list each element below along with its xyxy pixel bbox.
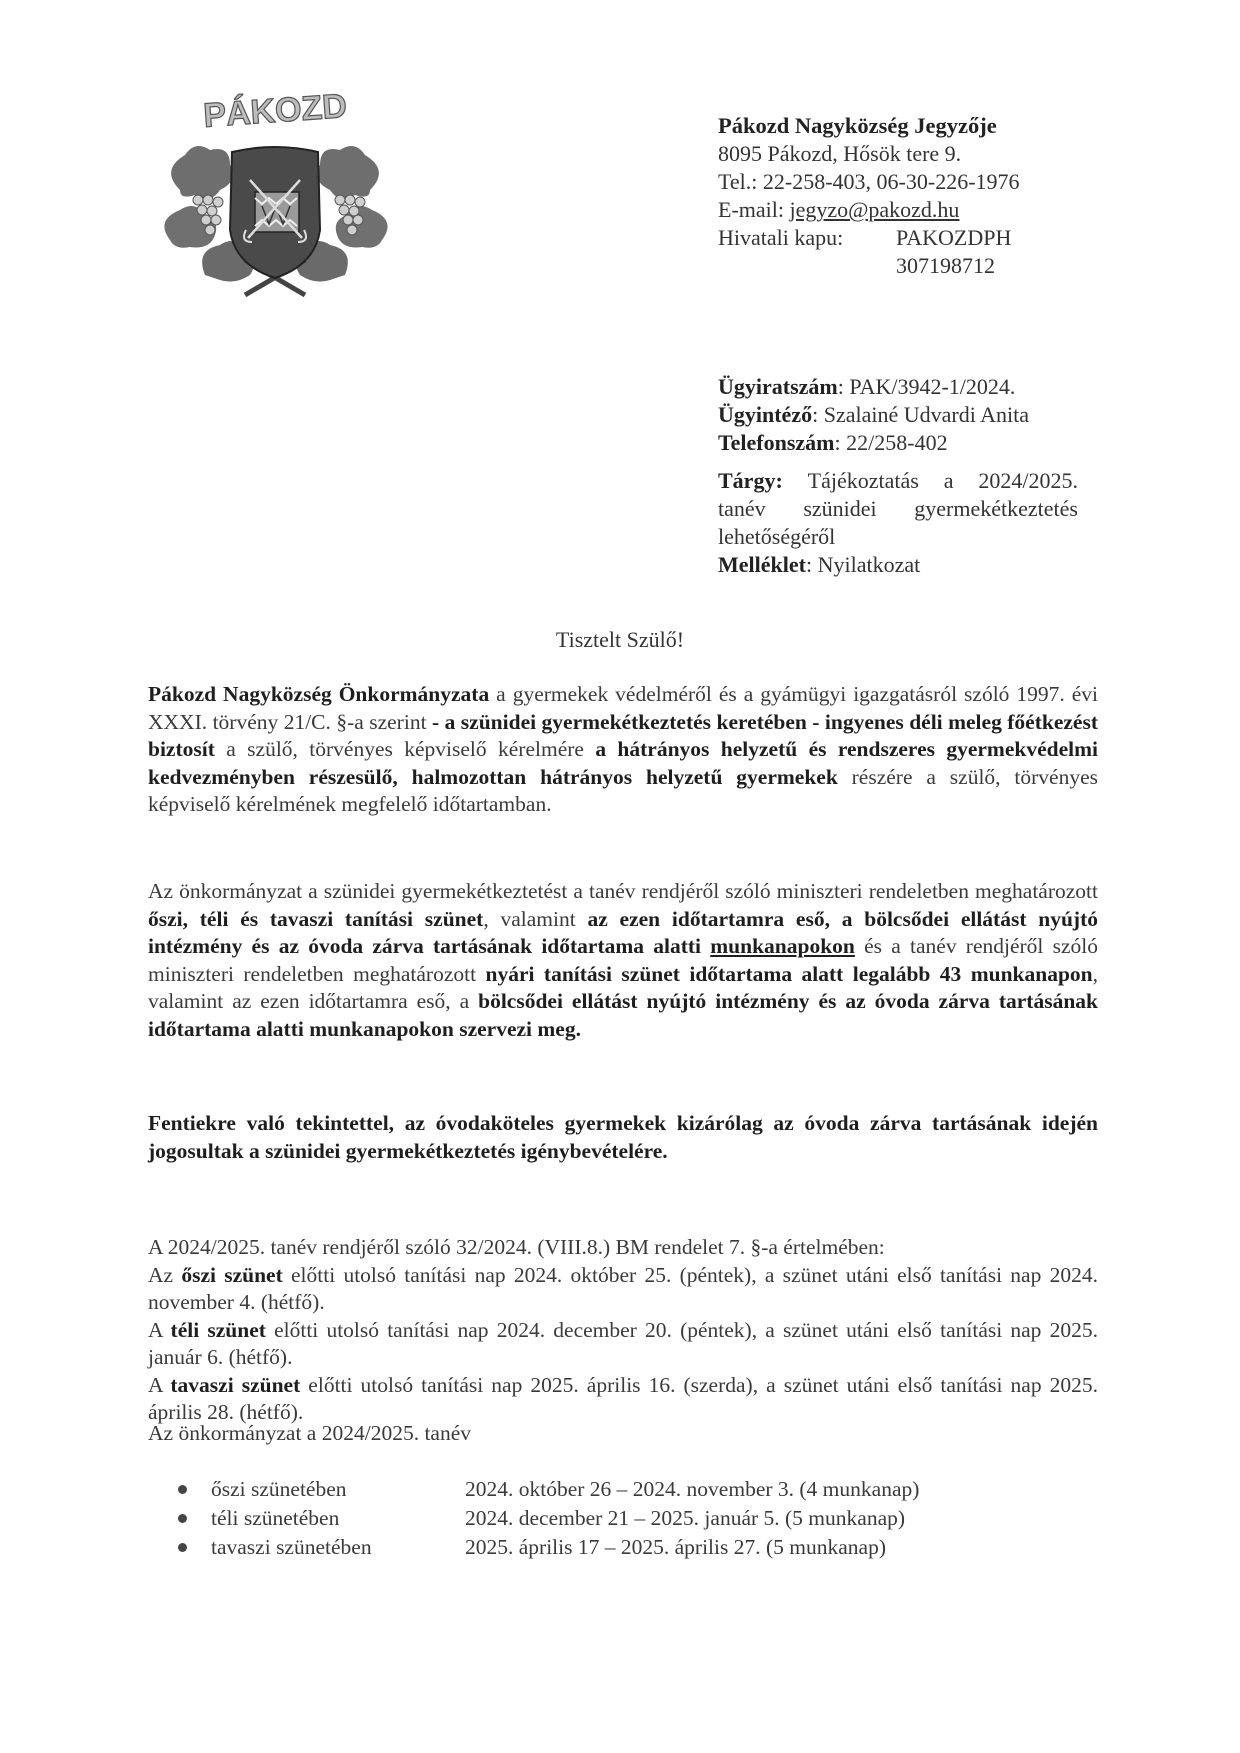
attachment: Melléklet: Nyilatkozat [718,551,1078,579]
paragraph-legal-basis: Pákozd Nagyközség Önkormányzata a gyerme… [148,681,1098,819]
phone-numbers: Tel.: 22-258-403, 06-30-226-1976 [718,168,1020,196]
paragraph-kindergarten-eligibility: Fentiekre való tekintettel, az óvodaköte… [148,1110,1098,1165]
handler-phone: Telefonszám: 22/258-402 [718,429,1078,457]
list-item: tavaszi szünetében 2025. április 17 – 20… [178,1533,919,1562]
case-handler: Ügyintéző: Szalainé Udvardi Anita [718,401,1078,429]
hivatali-kapu-row: Hivatali kapu: PAKOZDPH 307198712 [718,224,1020,280]
organization-name: Pákozd Nagyközség Jegyzője [718,112,1020,140]
email-link[interactable]: jegyzo@pakozd.hu [789,197,959,222]
address: 8095 Pákozd, Hősök tere 9. [718,140,1020,168]
document-page: PÁKOZD [0,0,1240,1753]
email-line: E-mail: jegyzo@pakozd.hu [718,196,1020,224]
kapu-id: PAKOZDPH [896,225,1011,250]
bullet-icon [178,1514,187,1523]
subject: Tárgy:Tájékoztatása2024/2025. tanévszüni… [718,467,1078,551]
break-list: őszi szünetében 2024. október 26 – 2024.… [178,1475,919,1562]
list-item: téli szünetében 2024. december 21 – 2025… [178,1504,919,1533]
letterhead: Pákozd Nagyközség Jegyzője 8095 Pákozd, … [718,112,1020,280]
bullet-icon [178,1485,187,1494]
hivatali-kapu-label: Hivatali kapu: [718,224,896,280]
coat-of-arms-logo: PÁKOZD [150,80,400,300]
coat-of-arms-icon: PÁKOZD [150,80,400,300]
paragraph-school-year-dates: A 2024/2025. tanév rendjéről szóló 32/20… [148,1234,1098,1427]
hivatali-kapu-value: PAKOZDPH 307198712 [896,224,1011,280]
salutation: Tisztelt Szülő! [0,627,1240,653]
paragraph-school-year-intro: Az önkormányzat a 2024/2025. tanév [148,1420,1098,1448]
list-item: őszi szünetében 2024. október 26 – 2024.… [178,1475,919,1504]
bullet-icon [178,1543,187,1552]
email-label: E-mail: [718,197,789,222]
paragraph-organization: Az önkormányzat a szünidei gyermekétkezt… [148,878,1098,1043]
svg-text:PÁKOZD: PÁKOZD [202,87,348,135]
reference-block: Ügyiratszám: PAK/3942-1/2024. Ügyintéző:… [718,373,1078,579]
case-number: Ügyiratszám: PAK/3942-1/2024. [718,373,1078,401]
kapu-number: 307198712 [896,253,995,278]
